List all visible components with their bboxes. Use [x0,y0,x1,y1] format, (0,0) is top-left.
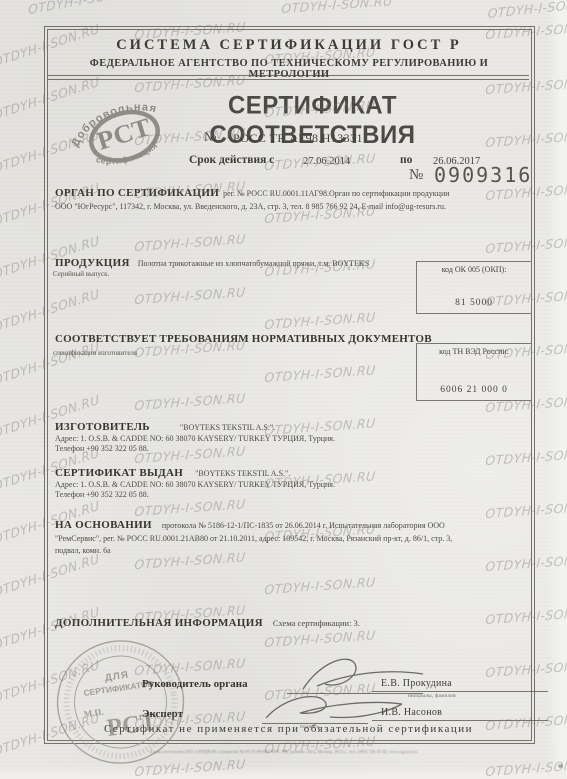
stamp-ring-text [60,641,182,763]
head-name-caption: инициалы, фамилия [408,694,456,699]
section-issued-to: СЕРТИФИКАТ ВЫДАН "BOYTEKS TEKSTIL A.S.".… [55,467,455,501]
certificate-number-sign: № [204,129,216,145]
product-label: ПРОДУКЦИЯ [55,257,130,269]
scan-edge-right [547,0,567,779]
manufacturer-address: Адрес: 1. O.S.B. & CADDE NO: 60 38070 KA… [55,434,455,445]
certification-body-label: ОРГАН ПО СЕРТИФИКАЦИИ [55,187,219,199]
additional-info-text: Схема сертификации: 3. [273,618,360,628]
section-product: ПРОДУКЦИЯ Полотна трикотажные из хлопчат… [55,257,405,270]
issued-to-address: Адрес: 1. O.S.B. & CADDE NO: 60 38070 KA… [55,480,455,491]
valid-from-date: 27.06.2014 [303,156,350,167]
manufacturer-label: ИЗГОТОВИТЕЛЬ [55,421,150,433]
section-manufacturer: ИЗГОТОВИТЕЛЬ "BOYTEKS TEKSTIL A.S.". Адр… [55,421,455,455]
section-basis: НА ОСНОВАНИИ протокола № 5186-12-1/ПС-18… [55,519,459,557]
expert-role-label: Эксперт [142,708,183,720]
validity-label: Срок действия с [189,154,274,166]
head-role-label: Руководитель органа [142,678,248,690]
blank-number: 0909316 [434,163,532,187]
certificate-number: РОСС TR.АГ98.Н13331 [233,131,363,146]
round-stamp: ДЛЯ СЕРТИФИКАТОВ М.П. РСТ [44,629,197,779]
blank-number-sign: № [409,167,423,184]
product-serial-note: Серийный выпуск. [53,270,109,278]
scan-speck [558,764,563,768]
certification-system-title: СИСТЕМА СЕРТИФИКАЦИИ ГОСТ Р [54,37,524,54]
conforms-subtext: спецификации изготовителя [53,349,137,357]
stamp-mp: М.П. [83,707,104,720]
expert-name-line [372,720,548,721]
tnved-code-label: код ТН ВЭД России: [417,344,531,356]
tnved-code-box: код ТН ВЭД России: 6006 21 000 0 [416,343,532,401]
tnved-code-value: 6006 21 000 0 [417,385,531,395]
okp-code-value: 81 5000 [417,298,531,308]
expert-name: И.В. Насонов [381,707,442,718]
conforms-label: СООТВЕТСТВУЕТ ТРЕБОВАНИЯМ НОРМАТИВНЫХ ДО… [55,333,432,345]
issued-to-label: СЕРТИФИКАТ ВЫДАН [55,467,183,479]
okp-code-box: код ОК 005 (ОКП): 81 5000 [416,261,532,314]
federal-agency-title: ФЕДЕРАЛЬНОЕ АГЕНТСТВО ПО ТЕХНИЧЕСКОМУ РЕ… [50,58,528,80]
watermark-text: OTDYH-I-SON.RU [28,0,138,17]
footer-notice: Сертификат не применяется при обязательн… [48,723,529,735]
issued-to-name: "BOYTEKS TEKSTIL A.S.". [195,469,290,478]
product-text: Полотна трикотажные из хлопчатобумажной … [138,259,369,268]
head-name: Е.В. Прокудина [381,678,452,689]
section-certification-body: ОРГАН ПО СЕРТИФИКАЦИИ рег. № РОСС RU.000… [55,187,453,212]
valid-to-label: по [400,154,412,166]
section-additional-info: ДОПОЛНИТЕЛЬНАЯ ИНФОРМАЦИЯ Схема сертифик… [55,617,475,629]
certificate-scan-page: OTDYH-I-SON.RUOTDYH-I-SON.RUOTDYH-I-SON.… [0,0,567,779]
okp-code-label: код ОК 005 (ОКП): [417,262,531,274]
basis-label: НА ОСНОВАНИИ [55,519,152,531]
manufacturer-phone: Телефон +90 352 322 05 88. [55,444,455,455]
manufacturer-name: "BOYTEKS TEKSTIL A.S.". [180,423,275,432]
issued-to-phone: Телефон +90 352 322 05 88. [55,490,455,501]
watermark-text: OTDYH-I-SON.RU [281,0,393,16]
additional-info-label: ДОПОЛНИТЕЛЬНАЯ ИНФОРМАЦИЯ [55,617,263,629]
blank-fine-print: Бланк изготовлен ЗАО «ОПЦИОН» (лицензия … [100,749,467,754]
